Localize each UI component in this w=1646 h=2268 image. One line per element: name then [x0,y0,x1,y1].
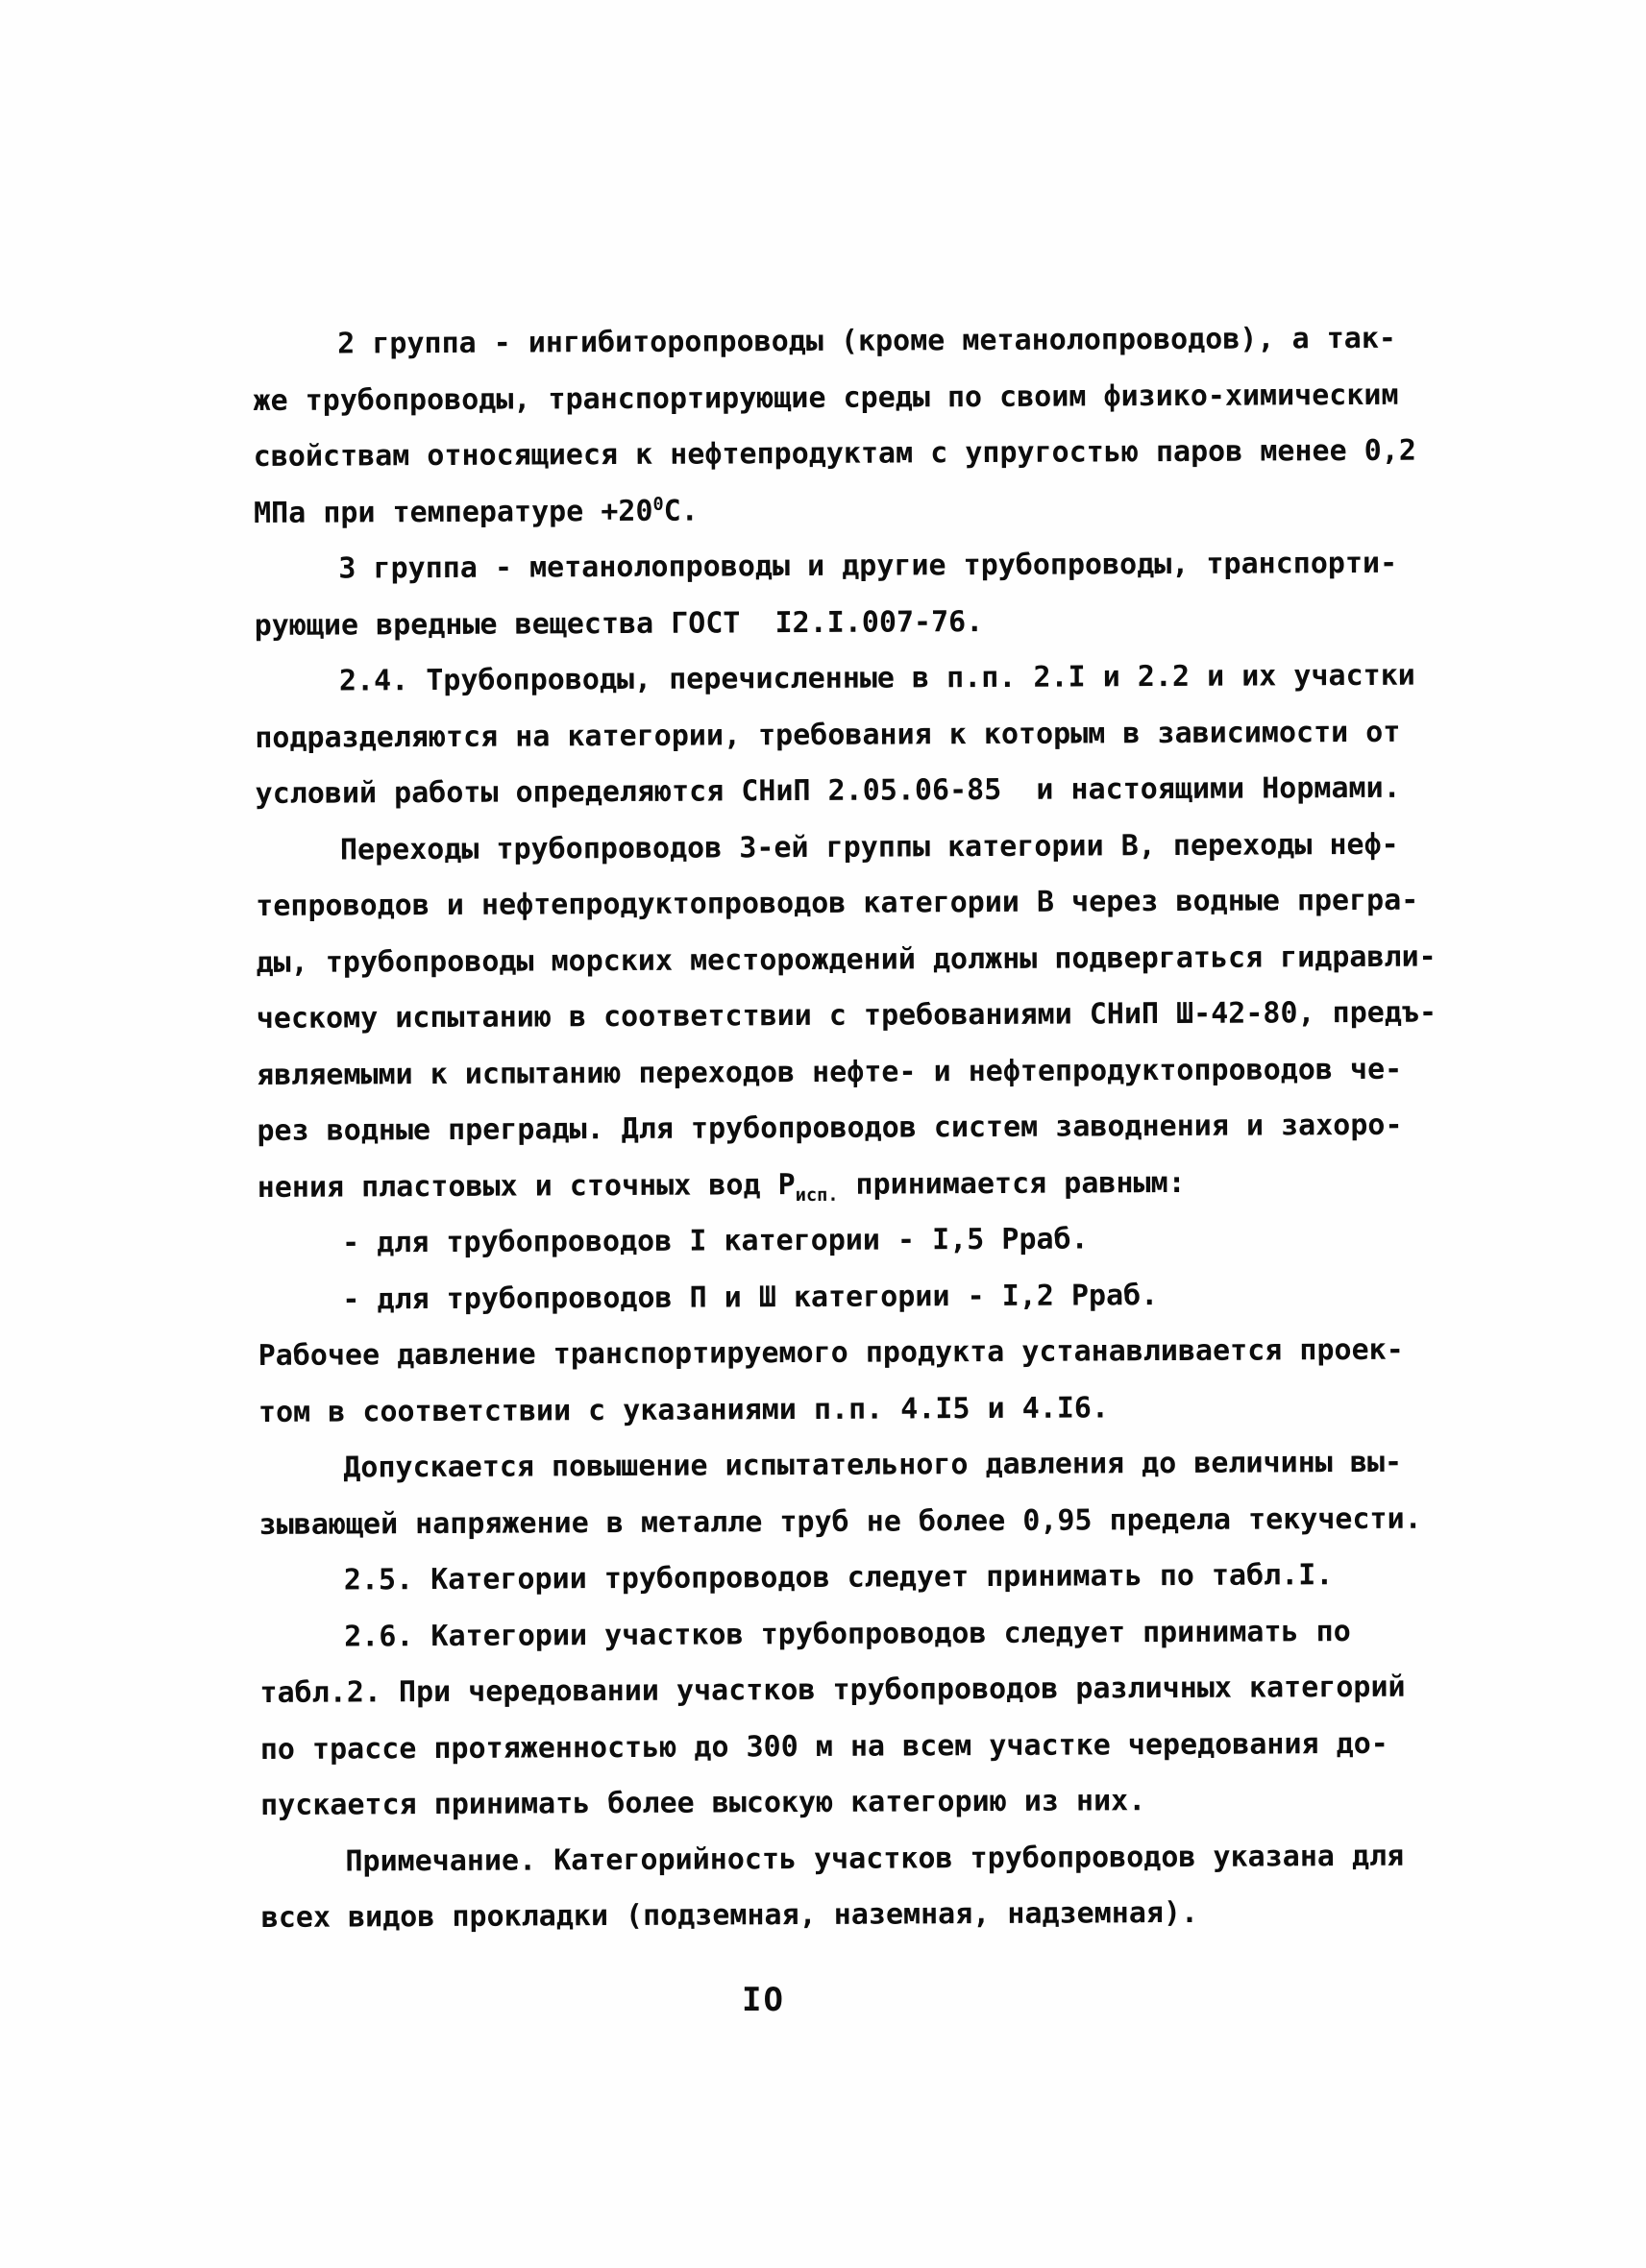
text-line: 2.5. Категории трубопроводов следует при… [259,1547,1451,1609]
text-line: табл.2. При чередовании участков трубопр… [259,1659,1451,1721]
text-line: рующие вредные вещества ГОСТ I2.I.007-76… [255,592,1446,654]
text-line: рез водные преграды. Для трубопроводов с… [257,1097,1448,1159]
text-line: ды, трубопроводы морских месторождений д… [256,929,1447,991]
text-run: С. [664,494,699,527]
text-line: 2.4. Трубопроводы, перечисленные в п.п. … [255,648,1446,711]
text-line: тепроводов и нефтепродуктопроводов катег… [256,872,1447,935]
text-line: - для трубопроводов П и Ш категории - I,… [258,1266,1449,1329]
text-line: Примечание. Категорийность участков труб… [260,1828,1452,1890]
text-line: Переходы трубопроводов 3-ей группы катег… [256,817,1447,879]
text-line: Рабочее давление транспортируемого проду… [258,1322,1450,1384]
scanned-document-page: 2 группа - ингибиторопроводы (кроме мета… [0,0,1646,2268]
text-run: принимается равным: [838,1165,1185,1201]
text-line: 2 группа - ингибиторопроводы (кроме мета… [253,311,1444,374]
text-line: пускается принимать более высокую катего… [260,1771,1452,1834]
text-line: - для трубопроводов I категории - I,5 Рр… [258,1209,1449,1272]
text-line: по трассе протяженностью до 300 м на все… [260,1716,1452,1778]
text-line: нения пластовых и сточных вод Рисп. прин… [258,1154,1449,1216]
subscript-text: исп. [796,1184,839,1205]
text-line: условий работы определяются СНиП 2.05.06… [255,761,1446,823]
document-body: 2 группа - ингибиторопроводы (кроме мета… [253,311,1453,1947]
text-line: являемыми к испытанию переходов нефте- и… [257,1041,1448,1104]
text-line: свойствам относящиеся к нефтепродуктам с… [254,424,1445,486]
text-run: МПа при температуре +20 [254,494,653,529]
text-line: 3 группа - метанолопроводы и другие труб… [254,536,1445,598]
page-number: IO [742,1981,785,2019]
text-line: всех видов прокладки (подземная, наземна… [261,1884,1453,1946]
text-line: Допускается повышение испытательного дав… [258,1434,1450,1497]
text-line: МПа при температуре +200С. [254,479,1445,542]
text-run: нения пластовых и сточных вод Р [258,1168,796,1205]
text-line: подразделяются на категории, требования … [255,704,1446,767]
text-line: зывающей напряжение в металле труб не бо… [258,1491,1450,1553]
text-line: ческому испытанию в соответствии с требо… [257,985,1448,1047]
text-line: же трубопроводы, транспортирующие среды … [253,367,1444,429]
text-line: том в соответствии с указаниями п.п. 4.I… [258,1378,1450,1441]
text-line: 2.6. Категории участков трубопроводов сл… [259,1603,1451,1666]
superscript-text: 0 [652,494,663,514]
